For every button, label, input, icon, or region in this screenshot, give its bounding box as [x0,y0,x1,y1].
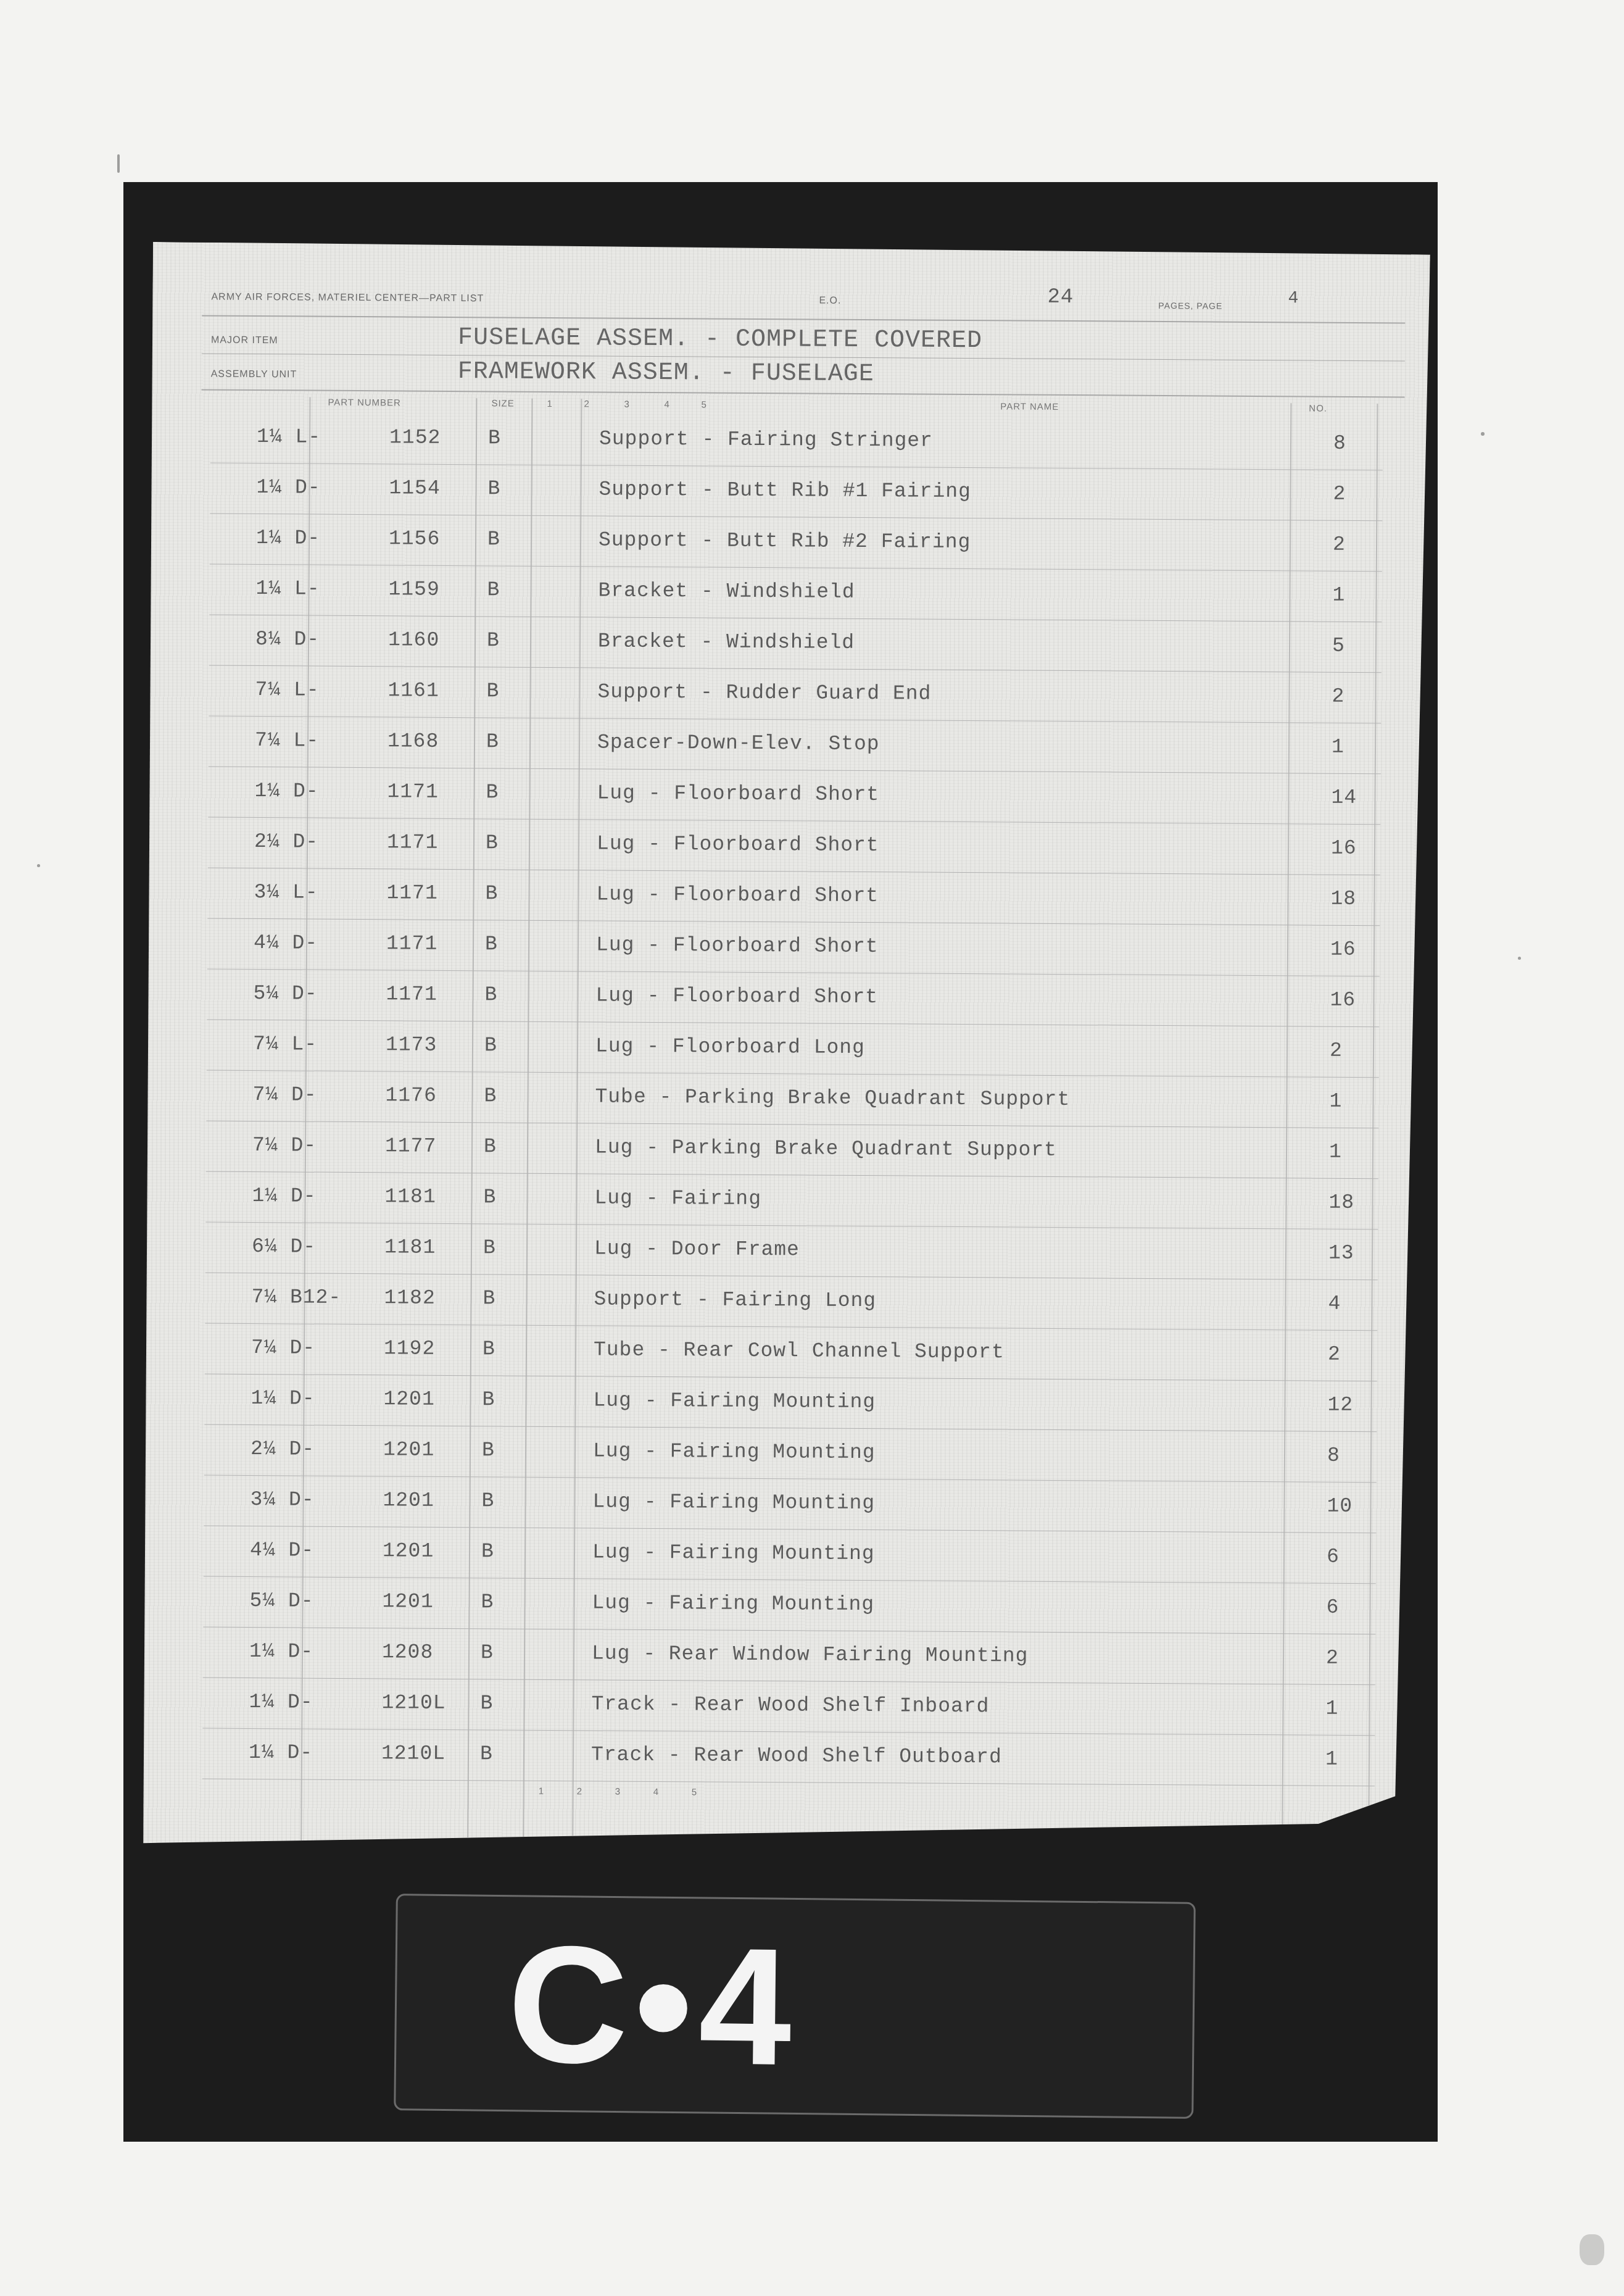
part-prefix: 1¼ L- [257,425,321,449]
part-size: B [486,831,499,854]
table-row: 5¼ D-1201BLug - Fairing Mounting6 [203,1578,1375,1635]
part-list-document: ARMY AIR FORCES, MATERIEL CENTER—PART LI… [143,242,1430,1904]
table-row: 5¼ D-1171BLug - Floorboard Short16 [207,971,1379,1028]
col-header-2: 2 [584,399,589,409]
part-prefix: 5¼ D- [249,1589,313,1613]
part-size: B [487,528,500,551]
table-row: 3¼ L-1171BLug - Floorboard Short18 [207,870,1380,926]
part-prefix: 1¼ L- [255,577,320,601]
part-quantity: 16 [1330,989,1356,1012]
part-quantity: 16 [1330,938,1356,961]
part-quantity: 2 [1326,1647,1339,1670]
part-prefix: 8¼ D- [255,628,320,651]
part-number: 1182 [384,1286,435,1310]
part-size: B [486,781,499,804]
part-quantity: 1 [1329,1090,1342,1113]
table-row: 1¼ D-1201BLug - Fairing Mounting12 [204,1376,1377,1433]
part-number: 1201 [383,1539,434,1563]
part-name: Lug - Door Frame [594,1237,800,1261]
part-size: B [481,1540,494,1563]
table-row: 2¼ D-1201BLug - Fairing Mounting8 [204,1426,1377,1483]
part-prefix: 6¼ D- [252,1235,316,1258]
part-quantity: 18 [1330,888,1356,910]
part-quantity: 8 [1333,432,1346,455]
part-number: 1173 [386,1033,437,1057]
part-number: 1210L [381,1691,445,1715]
table-row: 7¼ B12-1182BSupport - Fairing Long4 [205,1275,1377,1331]
footer-column-number: 1 [539,1786,544,1797]
frame-label-plate: C•4 [394,1894,1196,2119]
part-number: 1210L [381,1742,445,1765]
part-name: Support - Fairing Stringer [599,427,933,452]
header-rule [202,315,1405,323]
part-name: Support - Butt Rib #1 Fairing [599,478,971,503]
part-quantity: 13 [1328,1242,1354,1265]
part-size: B [486,730,499,753]
scan-speck [1518,957,1521,960]
part-prefix: 7¼ D- [252,1083,317,1107]
footer-column-number: 5 [692,1787,697,1797]
parts-table: PART NUMBER SIZE 1 2 3 4 5 PART NAME NO.… [210,397,1383,404]
part-size: B [483,1186,496,1208]
part-size: B [486,680,499,702]
part-prefix: 1¼ D- [254,780,318,803]
part-number: 1161 [387,679,439,702]
part-size: B [484,1084,497,1107]
part-quantity: 1 [1325,1697,1338,1720]
col-header-3: 3 [624,399,629,410]
part-size: B [487,477,500,500]
table-row: 6¼ D-1181BLug - Door Frame13 [205,1224,1378,1281]
part-name: Lug - Floorboard Short [597,832,879,857]
part-prefix: 3¼ D- [250,1488,314,1512]
part-quantity: 18 [1328,1191,1354,1214]
part-name: Lug - Floorboard Long [595,1034,865,1059]
part-name: Lug - Fairing Mounting [592,1541,875,1565]
part-quantity: 1 [1329,1141,1342,1163]
table-row: 3¼ D-1201BLug - Fairing Mounting10 [204,1477,1376,1534]
part-name: Lug - Fairing Mounting [592,1490,875,1515]
part-quantity: 4 [1328,1292,1341,1315]
part-prefix: 4¼ D- [254,931,318,955]
part-prefix: 7¼ L- [253,1033,317,1056]
part-size: B [485,882,498,905]
part-name: Bracket - Windshield [598,630,855,654]
part-size: B [483,1236,496,1259]
part-number: 1171 [386,881,437,905]
part-quantity: 16 [1331,837,1357,860]
part-prefix: 7¼ B12- [251,1286,341,1309]
table-row: 1¼ D-1154BSupport - Butt Rib #1 Fairing2 [210,465,1382,522]
part-size: B [483,1287,495,1310]
part-prefix: 1¼ D- [249,1640,313,1663]
part-quantity: 6 [1326,1596,1339,1619]
col-header-part-number: PART NUMBER [328,397,401,409]
table-row: 1¼ D-1210LBTrack - Rear Wood Shelf Outbo… [202,1730,1375,1787]
part-number: 1208 [382,1641,433,1664]
part-number: 1159 [388,578,439,601]
part-prefix: 1¼ D- [256,526,320,550]
part-prefix: 4¼ D- [250,1539,314,1562]
part-prefix: 1¼ D- [249,1741,313,1765]
table-row: 1¼ L-1159BBracket - Windshield1 [209,566,1382,623]
scan-scratch [117,154,120,173]
part-prefix: 7¼ D- [252,1134,317,1157]
col-header-part-name: PART NAME [1000,401,1059,412]
table-row: 4¼ D-1171BLug - Floorboard Short16 [207,920,1380,977]
major-item-value: FUSELAGE ASSEM. - COMPLETE COVERED [458,324,982,355]
eo-label: E.O. [819,296,841,307]
part-prefix: 5¼ D- [253,982,317,1005]
col-header-4: 4 [664,399,669,410]
scan-speck [37,864,40,867]
part-size: B [482,1439,495,1462]
part-prefix: 1¼ D- [251,1387,315,1410]
part-name: Tube - Parking Brake Quadrant Support [595,1085,1070,1111]
page-value: 4 [1288,289,1299,308]
part-prefix: 2¼ D- [254,830,318,854]
part-number: 1160 [388,628,439,652]
part-number: 1201 [383,1387,434,1411]
part-quantity: 5 [1332,634,1345,657]
part-name: Lug - Rear Window Fairing Mounting [592,1642,1029,1667]
part-prefix: 1¼ D- [249,1691,313,1714]
footer-column-number: 4 [653,1787,659,1797]
part-name: Lug - Fairing Mounting [592,1591,874,1616]
part-name: Lug - Parking Brake Quadrant Support [595,1136,1057,1162]
part-number: 1171 [386,932,437,955]
part-quantity: 14 [1331,786,1357,809]
part-quantity: 12 [1327,1394,1353,1416]
part-size: B [487,629,500,652]
part-size: B [488,426,501,449]
table-row: 4¼ D-1201BLug - Fairing Mounting6 [204,1528,1376,1584]
scan-speck [1481,432,1485,436]
frame-label: C•4 [507,1921,798,2091]
part-number: 1181 [384,1185,436,1208]
part-quantity: 2 [1332,685,1344,708]
part-name: Lug - Fairing Mounting [593,1439,876,1464]
part-name: Track - Rear Wood Shelf Outboard [591,1743,1002,1768]
assembly-unit-label: ASSEMBLY UNIT [211,369,297,381]
part-quantity: 6 [1327,1545,1340,1568]
eo-value: 24 [1047,286,1074,309]
part-quantity: 1 [1325,1748,1338,1771]
part-number: 1152 [389,426,441,449]
col-header-qty: NO. [1309,403,1327,414]
footer-column-number: 2 [577,1786,582,1797]
part-number: 1176 [385,1084,436,1107]
part-size: B [484,983,497,1006]
part-prefix: 1¼ D- [252,1184,316,1208]
part-size: B [483,1337,495,1360]
part-name: Support - Rudder Guard End [597,680,931,705]
part-name: Lug - Fairing [594,1186,761,1210]
table-row: 2¼ D-1171BLug - Floorboard Short16 [208,819,1380,876]
part-name: Lug - Floorboard Short [595,984,878,1009]
table-row: 7¼ L-1173BLug - Floorboard Long2 [207,1021,1379,1078]
table-row: 1¼ D-1181BLug - Fairing18 [205,1173,1378,1230]
part-number: 1156 [389,527,440,551]
part-name: Lug - Fairing Mounting [593,1389,876,1413]
part-name: Lug - Floorboard Short [597,781,879,806]
table-row: 1¼ L-1152BSupport - Fairing Stringer8 [210,414,1383,471]
row-rule [202,1779,1375,1787]
part-number: 1177 [385,1134,436,1158]
part-number: 1201 [383,1489,434,1512]
part-number: 1201 [383,1438,434,1462]
part-name: Support - Fairing Long [594,1287,876,1312]
part-size: B [484,1034,497,1057]
part-number: 1171 [386,983,437,1006]
part-prefix: 1¼ D- [256,476,320,499]
part-size: B [484,1135,497,1158]
part-number: 1171 [387,831,438,854]
part-quantity: 10 [1327,1495,1353,1518]
part-number: 1168 [387,730,439,753]
part-prefix: 7¼ L- [255,678,319,702]
part-number: 1201 [382,1590,433,1613]
part-number: 1171 [387,780,438,804]
table-row: 7¼ D-1192BTube - Rear Cowl Channel Suppo… [205,1325,1377,1382]
part-size: B [482,1388,495,1411]
col-header-1: 1 [547,399,552,409]
table-row: 8¼ D-1160BBracket - Windshield5 [209,617,1382,673]
part-name: Support - Butt Rib #2 Fairing [599,528,971,554]
table-row: 7¼ L-1161BSupport - Rudder Guard End2 [209,667,1381,724]
major-item-label: MAJOR ITEM [211,335,278,347]
part-name: Track - Rear Wood Shelf Inboard [591,1692,989,1718]
part-quantity: 1 [1332,584,1345,607]
part-size: B [481,1641,494,1664]
part-size: B [480,1692,493,1715]
assembly-unit-value: FRAMEWORK ASSEM. - FUSELAGE [458,358,874,388]
part-name: Bracket - Windshield [598,579,855,604]
part-prefix: 3¼ L- [254,881,318,904]
part-quantity: 1 [1332,736,1344,759]
agency-line: ARMY AIR FORCES, MATERIEL CENTER—PART LI… [211,292,484,305]
table-row: 1¼ D-1171BLug - Floorboard Short14 [208,768,1380,825]
part-number: 1192 [384,1337,435,1360]
table-row: 1¼ D-1156BSupport - Butt Rib #2 Fairing2 [210,515,1382,572]
part-quantity: 2 [1333,483,1346,505]
part-quantity: 8 [1327,1444,1340,1467]
assembly-unit-rule [202,389,1405,397]
col-header-size: SIZE [491,398,514,409]
part-name: Lug - Floorboard Short [596,883,879,907]
part-quantity: 2 [1330,1039,1343,1062]
part-size: B [480,1742,493,1765]
part-size: B [481,1489,494,1512]
pages-label: PAGES, PAGE [1158,301,1222,311]
part-quantity: 2 [1333,533,1346,556]
part-quantity: 2 [1328,1343,1341,1366]
part-prefix: 2¼ D- [251,1437,315,1461]
table-row: 7¼ D-1177BLug - Parking Brake Quadrant S… [206,1123,1378,1179]
table-row: 1¼ D-1208BLug - Rear Window Fairing Moun… [203,1629,1375,1686]
table-row: 7¼ D-1176BTube - Parking Brake Quadrant … [206,1072,1378,1129]
part-prefix: 7¼ D- [251,1336,315,1360]
part-number: 1181 [384,1236,436,1259]
part-prefix: 7¼ L- [255,729,319,752]
table-row: 1¼ D-1210LBTrack - Rear Wood Shelf Inboa… [202,1679,1375,1736]
part-size: B [487,578,500,601]
part-name: Lug - Floorboard Short [596,933,879,958]
scan-smudge [1580,2234,1604,2265]
part-size: B [485,933,498,955]
part-name: Spacer-Down-Elev. Stop [597,731,880,755]
part-number: 1154 [389,476,440,500]
footer-column-number: 3 [615,1787,621,1797]
part-name: Tube - Rear Cowl Channel Support [594,1338,1005,1363]
col-header-5: 5 [701,399,706,410]
table-row: 7¼ L-1168BSpacer-Down-Elev. Stop1 [209,718,1381,775]
part-size: B [481,1591,494,1613]
